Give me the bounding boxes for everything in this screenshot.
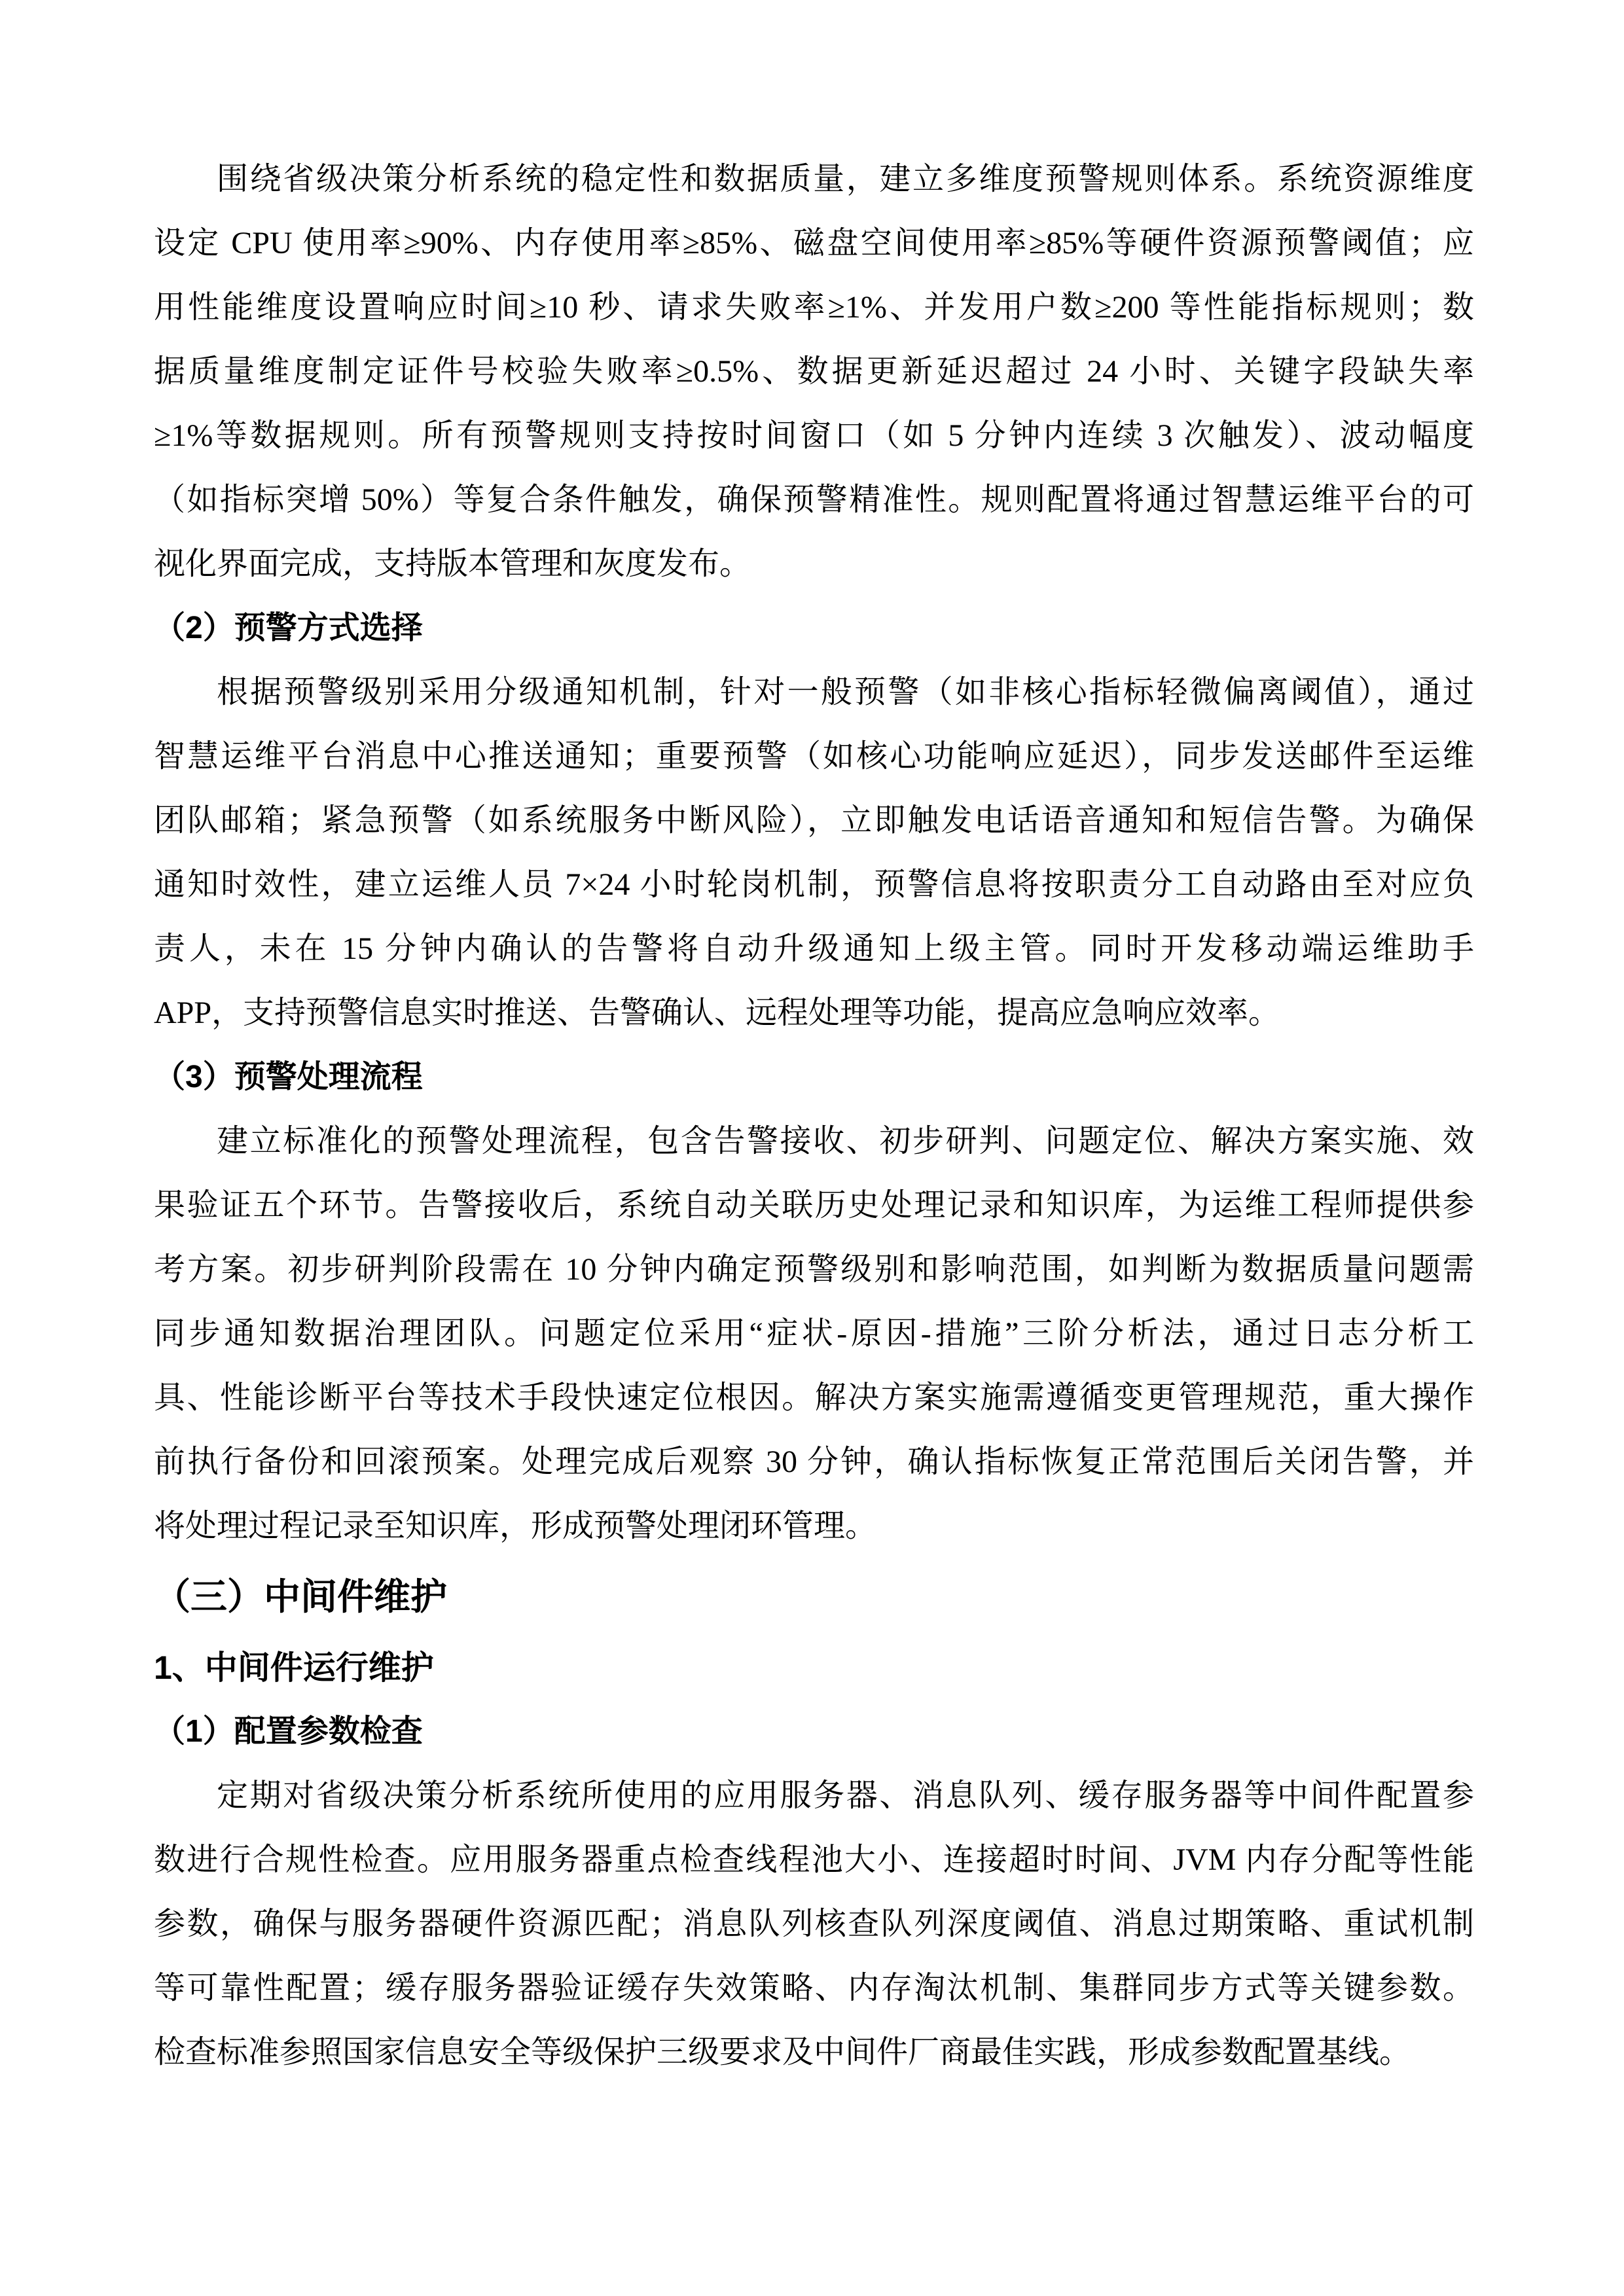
paragraph-config-check: 定期对省级决策分析系统所使用的应用服务器、消息队列、缓存服务器等中间件配置参 数… xyxy=(154,1764,1474,2085)
text-line: 果验证五个环节。告警接收后，系统自动关联历史处理记录和知识库，为运维工程师提供参 xyxy=(154,1174,1474,1238)
text-line: 将处理过程记录至知识库，形成预警处理闭环管理。 xyxy=(154,1494,1474,1558)
text-line: 通知时效性，建立运维人员 7×24 小时轮岗机制，预警信息将按职责分工自动路由至… xyxy=(154,853,1474,917)
text-line: APP，支持预警信息实时推送、告警确认、远程处理等功能，提高应急响应效率。 xyxy=(154,981,1474,1045)
text-line: ≥1%等数据规则。所有预警规则支持按时间窗口（如 5 分钟内连续 3 次触发）、… xyxy=(154,404,1474,468)
page-body: 围绕省级决策分析系统的稳定性和数据质量，建立多维度预警规则体系。系统资源维度 设… xyxy=(0,0,1624,2296)
text-line: 责人，未在 15 分钟内确认的告警将自动升级通知上级主管。同时开发移动端运维助手 xyxy=(154,917,1474,981)
text-line: 围绕省级决策分析系统的稳定性和数据质量，建立多维度预警规则体系。系统资源维度 xyxy=(154,147,1474,211)
text-line: 参数，确保与服务器硬件资源匹配；消息队列核查队列深度阈值、消息过期策略、重试机制 xyxy=(154,1892,1474,1956)
heading-middleware-operation: 1、中间件运行维护 xyxy=(154,1636,1474,1700)
text-line: 考方案。初步研判阶段需在 10 分钟内确定预警级别和影响范围，如判断为数据质量问… xyxy=(154,1238,1474,1302)
text-line: 根据预警级别采用分级通知机制，针对一般预警（如非核心指标轻微偏离阈值），通过 xyxy=(154,660,1474,725)
text-line: 智慧运维平台消息中心推送通知；重要预警（如核心功能响应延迟），同步发送邮件至运维 xyxy=(154,725,1474,789)
text-line: 团队邮箱；紧急预警（如系统服务中断风险），立即触发电话语音通知和短信告警。为确保 xyxy=(154,789,1474,853)
document-page: 围绕省级决策分析系统的稳定性和数据质量，建立多维度预警规则体系。系统资源维度 设… xyxy=(0,0,1624,2296)
text-line: 同步通知数据治理团队。问题定位采用“症状-原因-措施”三阶分析法，通过日志分析工 xyxy=(154,1302,1474,1366)
text-line: 用性能维度设置响应时间≥10 秒、请求失败率≥1%、并发用户数≥200 等性能指… xyxy=(154,276,1474,340)
heading-alert-method: （2）预警方式选择 xyxy=(154,596,1474,660)
text-line: 设定 CPU 使用率≥90%、内存使用率≥85%、磁盘空间使用率≥85%等硬件资… xyxy=(154,211,1474,276)
heading-config-check: （1）配置参数检查 xyxy=(154,1700,1474,1764)
paragraph-alert-rules: 围绕省级决策分析系统的稳定性和数据质量，建立多维度预警规则体系。系统资源维度 设… xyxy=(154,147,1474,596)
text-line: 具、性能诊断平台等技术手段快速定位根因。解决方案实施需遵循变更管理规范，重大操作 xyxy=(154,1366,1474,1430)
text-line: 建立标准化的预警处理流程，包含告警接收、初步研判、问题定位、解决方案实施、效 xyxy=(154,1109,1474,1174)
text-line: 前执行备份和回滚预案。处理完成后观察 30 分钟，确认指标恢复正常范围后关闭告警… xyxy=(154,1430,1474,1494)
text-line: （如指标突增 50%）等复合条件触发，确保预警精准性。规则配置将通过智慧运维平台… xyxy=(154,468,1474,532)
paragraph-alert-process: 建立标准化的预警处理流程，包含告警接收、初步研判、问题定位、解决方案实施、效 果… xyxy=(154,1109,1474,1558)
text-line: 检查标准参照国家信息安全等级保护三级要求及中间件厂商最佳实践，形成参数配置基线。 xyxy=(154,2020,1474,2085)
text-line: 定期对省级决策分析系统所使用的应用服务器、消息队列、缓存服务器等中间件配置参 xyxy=(154,1764,1474,1828)
section-heading-middleware: （三）中间件维护 xyxy=(154,1558,1474,1636)
text-line: 数进行合规性检查。应用服务器重点检查线程池大小、连接超时时间、JVM 内存分配等… xyxy=(154,1828,1474,1892)
heading-alert-process: （3）预警处理流程 xyxy=(154,1045,1474,1109)
text-line: 据质量维度制定证件号校验失败率≥0.5%、数据更新延迟超过 24 小时、关键字段… xyxy=(154,340,1474,404)
text-line: 等可靠性配置；缓存服务器验证缓存失效策略、内存淘汰机制、集群同步方式等关键参数。 xyxy=(154,1956,1474,2020)
paragraph-alert-method: 根据预警级别采用分级通知机制，针对一般预警（如非核心指标轻微偏离阈值），通过 智… xyxy=(154,660,1474,1045)
text-line: 视化界面完成，支持版本管理和灰度发布。 xyxy=(154,532,1474,596)
